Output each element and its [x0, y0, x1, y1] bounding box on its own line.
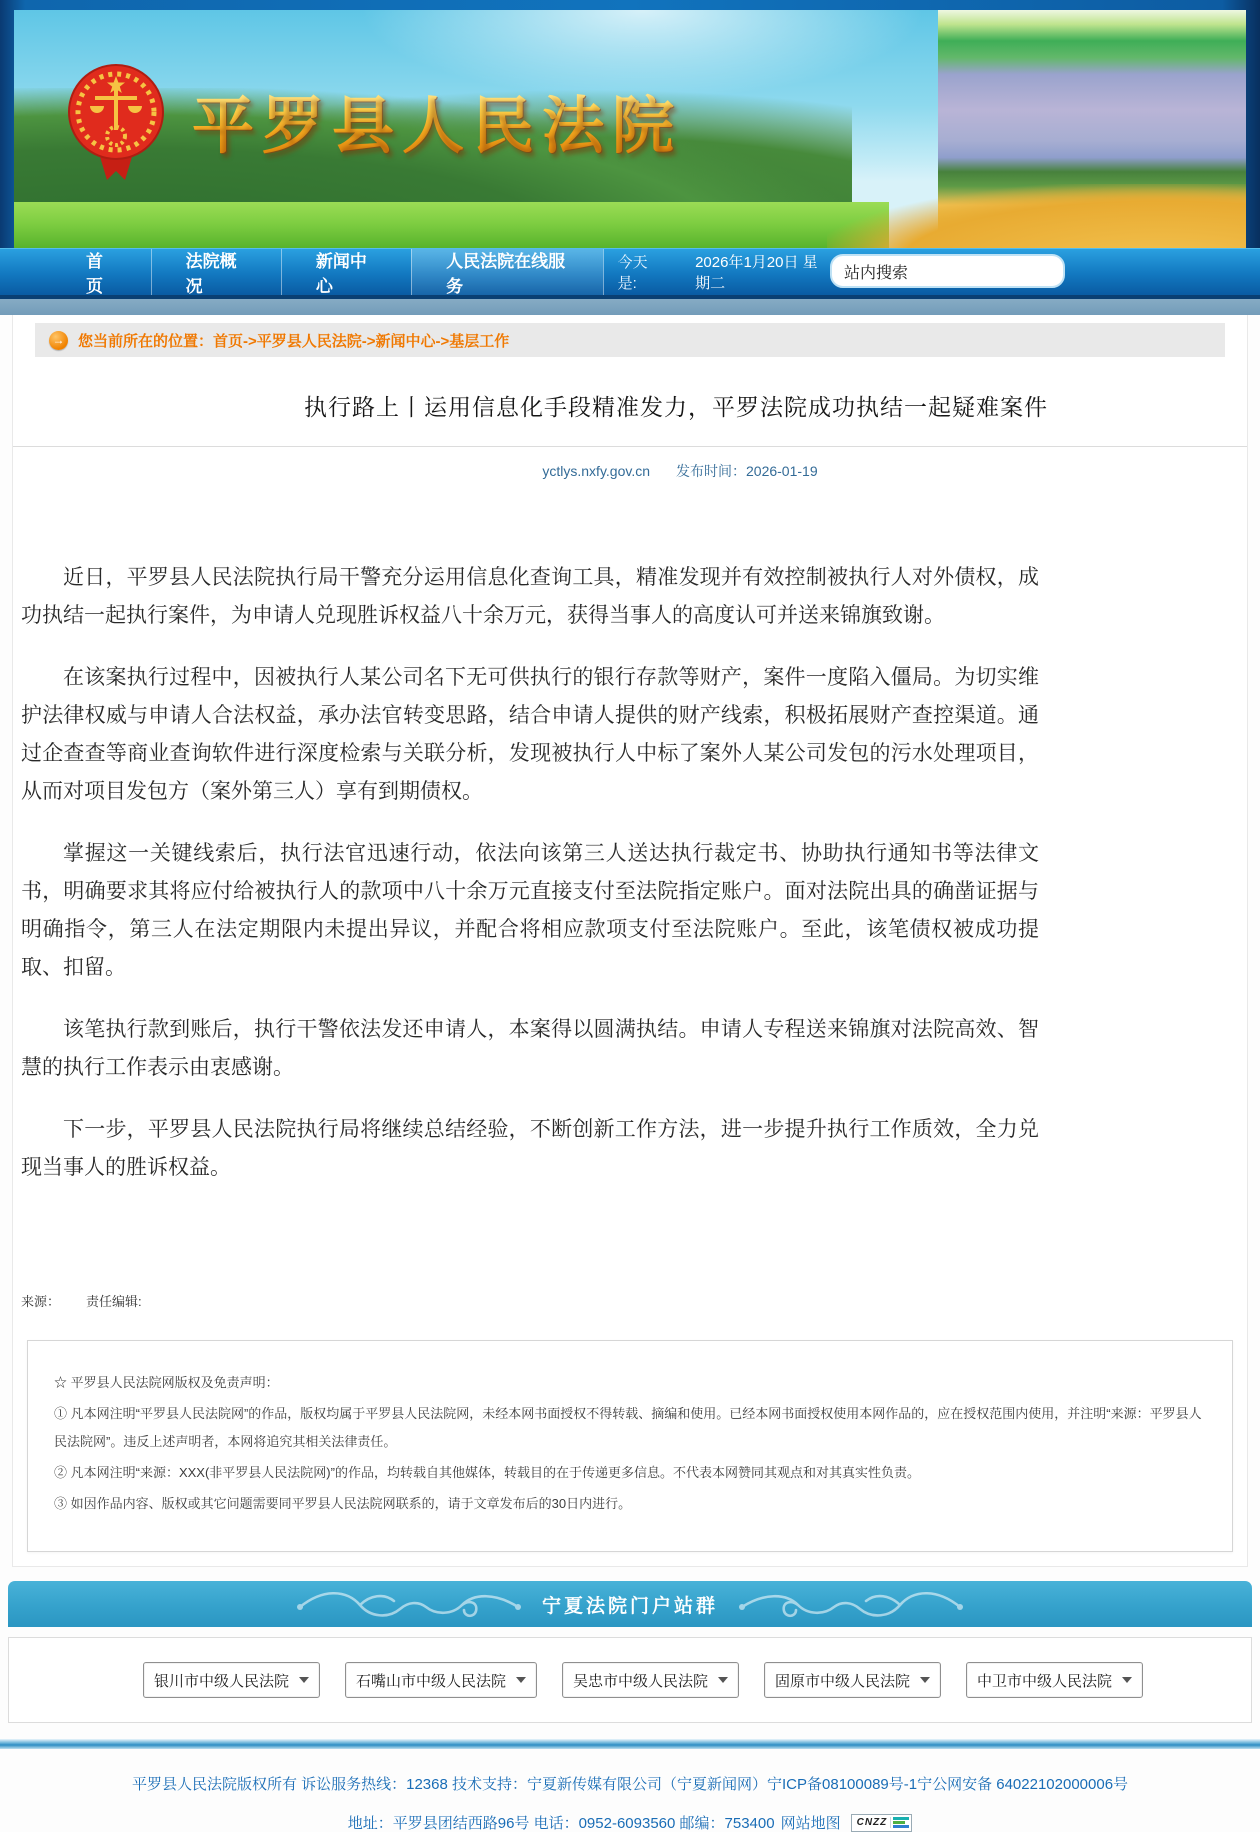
breadcrumb: → 您当前所在的位置： 首页->平罗县人民法院->新闻中心->基层工作 [35, 323, 1225, 357]
court-select-wuzhong[interactable]: 吴忠市中级人民法院 [562, 1662, 739, 1698]
footer-divider [0, 1739, 1260, 1749]
content-area: → 您当前所在的位置： 首页->平罗县人民法院->新闻中心->基层工作 执行路上… [12, 315, 1248, 1567]
chevron-down-icon [718, 1677, 728, 1683]
article-paragraph: 下一步，平罗县人民法院执行局将继续总结经验，不断创新工作方法，进一步提升执行工作… [21, 1111, 1039, 1187]
publish-date: 2026-01-19 [746, 463, 818, 479]
disclaimer-box: ☆ 平罗县人民法院网版权及免责声明： ① 凡本网注明“平罗县人民法院网”的作品，… [27, 1340, 1233, 1552]
court-select-label: 银川市中级人民法院 [154, 1670, 289, 1691]
nav-item-online-services[interactable]: 人民法院在线服务 [411, 249, 603, 295]
breadcrumb-label: 您当前所在的位置： [78, 330, 213, 351]
court-links-panel: 银川市中级人民法院 石嘴山市中级人民法院 吴忠市中级人民法院 固原市中级人民法院… [8, 1637, 1252, 1723]
article-source-site: yctlys.nxfy.gov.cn [542, 463, 650, 479]
nav-item-news-center[interactable]: 新闻中心 [281, 249, 411, 295]
disclaimer-line: ② 凡本网注明“来源：XXX(非平罗县人民法院网)”的作品，均转载自其他媒体，转… [54, 1459, 1206, 1487]
court-select-label: 中卫市中级人民法院 [977, 1670, 1112, 1691]
title-divider [13, 446, 1247, 447]
court-select-yinchuan[interactable]: 银川市中级人民法院 [143, 1662, 320, 1698]
main-nav: 首页 法院概况 新闻中心 人民法院在线服务 今天是: 2026年1月20日 星期… [0, 248, 1260, 299]
header: 平罗县人民法院 首页 法院概况 新闻中心 人民法院在线服务 今天是: 2026年… [0, 0, 1260, 315]
publish-time-label: 发布时间： [676, 463, 746, 479]
article-body: 近日，平罗县人民法院执行局干警充分运用信息化查询工具，精准发现并有效控制被执行人… [13, 559, 1247, 1187]
court-emblem-icon [66, 62, 166, 188]
article-title: 执行路上丨运用信息化手段精准发力，平罗法院成功执结一起疑难案件 [13, 389, 1247, 422]
article-footer-meta: 来源：责任编辑: [21, 1291, 1247, 1310]
copyright-line: 平罗县人民法院版权所有 诉讼服务热线：12368 技术支持：宁夏新传媒有限公司（… [0, 1773, 1260, 1794]
flourish-icon [294, 1587, 524, 1621]
court-select-guyuan[interactable]: 固原市中级人民法院 [764, 1662, 941, 1698]
today-date: 2026年1月20日 星期二 [695, 251, 830, 293]
today-label: 今天是: [618, 251, 661, 293]
chevron-down-icon [1122, 1677, 1132, 1683]
court-select-label: 石嘴山市中级人民法院 [356, 1670, 506, 1691]
page: 平罗县人民法院 首页 法院概况 新闻中心 人民法院在线服务 今天是: 2026年… [0, 0, 1260, 1832]
cnzz-badge-icon[interactable]: CNZZ [851, 1814, 913, 1832]
chevron-down-icon [920, 1677, 930, 1683]
address-line: 地址：平罗县团结西路96号 电话：0952-6093560 邮编：753400 [348, 1812, 775, 1832]
court-select-zhongwei[interactable]: 中卫市中级人民法院 [966, 1662, 1143, 1698]
disclaimer-line: ③ 如因作品内容、版权或其它问题需要同平罗县人民法院网联系的，请于文章发布后的3… [54, 1490, 1206, 1518]
date-display: 今天是: 2026年1月20日 星期二 [603, 249, 830, 295]
page-footer: 平罗县人民法院版权所有 诉讼服务热线：12368 技术支持：宁夏新传媒有限公司（… [0, 1773, 1260, 1832]
header-divider [0, 299, 1260, 315]
portal-title: 宁夏法院门户站群 [542, 1591, 718, 1618]
article-paragraph: 在该案执行过程中，因被执行人某公司名下无可供执行的银行存款等财产，案件一度陷入僵… [21, 659, 1039, 811]
source-label: 来源： [21, 1294, 60, 1309]
site-search-input[interactable] [830, 254, 1065, 288]
site-banner: 平罗县人民法院 [14, 10, 1246, 248]
portal-banner: 宁夏法院门户站群 [8, 1581, 1252, 1627]
court-select-shizuishan[interactable]: 石嘴山市中级人民法院 [345, 1662, 537, 1698]
nav-item-court-overview[interactable]: 法院概况 [151, 249, 281, 295]
disclaimer-line: ① 凡本网注明“平罗县人民法院网”的作品，版权均属于平罗县人民法院网，未经本网书… [54, 1400, 1206, 1456]
arrow-circle-icon: → [49, 331, 68, 350]
nav-item-home[interactable]: 首页 [52, 249, 151, 295]
article-meta: yctlys.nxfy.gov.cn发布时间：2026-01-19 [13, 461, 1247, 481]
cnzz-badge-bars [893, 1817, 909, 1828]
court-select-label: 固原市中级人民法院 [775, 1670, 910, 1691]
cnzz-badge-label: CNZZ [854, 1817, 892, 1828]
editor-label: 责任编辑: [86, 1294, 142, 1309]
article-paragraph: 该笔执行款到账后，执行干警依法发还申请人，本案得以圆满执结。申请人专程送来锦旗对… [21, 1011, 1039, 1087]
site-title: 平罗县人民法院 [192, 76, 682, 165]
grass-decoration [14, 202, 889, 248]
disclaimer-line: ☆ 平罗县人民法院网版权及免责声明： [54, 1369, 1206, 1397]
article-paragraph: 近日，平罗县人民法院执行局干警充分运用信息化查询工具，精准发现并有效控制被执行人… [21, 559, 1039, 635]
court-select-label: 吴忠市中级人民法院 [573, 1670, 708, 1691]
sitemap-link[interactable]: 网站地图 [781, 1812, 841, 1832]
flourish-icon [736, 1587, 966, 1621]
chevron-down-icon [516, 1677, 526, 1683]
dune-decoration [827, 184, 1246, 248]
chevron-down-icon [299, 1677, 309, 1683]
breadcrumb-path[interactable]: 首页->平罗县人民法院->新闻中心->基层工作 [213, 330, 509, 351]
article-paragraph: 掌握这一关键线索后，执行法官迅速行动，依法向该第三人送达执行裁定书、协助执行通知… [21, 835, 1039, 987]
